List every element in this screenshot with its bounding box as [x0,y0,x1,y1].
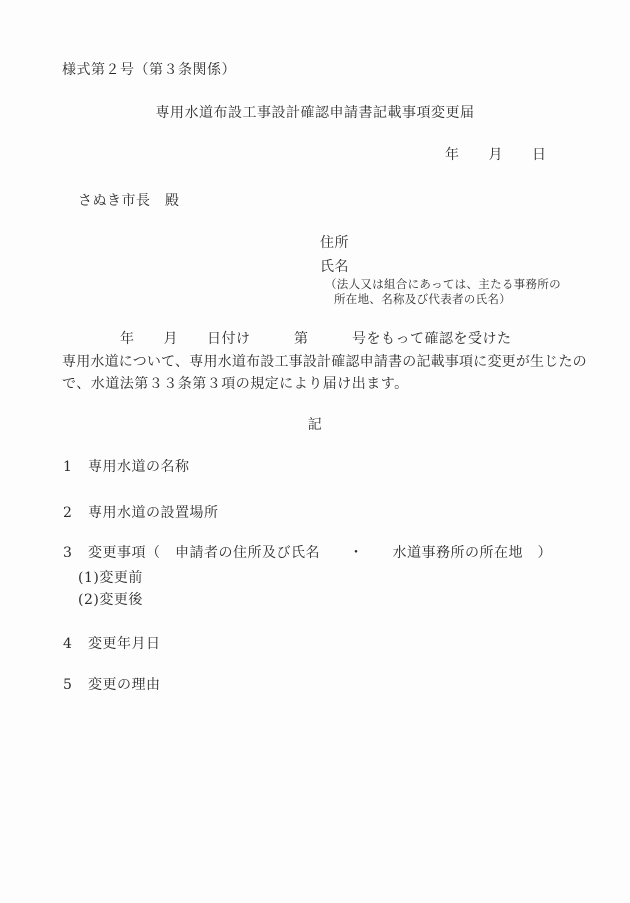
item-label: 専用水道の名称 [88,460,190,474]
item-label: 変更事項（ 申請者の住所及び氏名 ・ 水道事務所の所在地 ） [88,546,552,560]
record-heading: 記 [0,418,630,432]
list-item-change-reason: 5 変更の理由 [63,678,161,692]
form-number: 様式第２号（第３条関係） [62,63,236,77]
sub-item-after-change: (2)変更後 [78,593,143,607]
address-label: 住所 [320,236,349,250]
document-title: 専用水道布設工事設計確認申請書記載事項変更届 [0,106,630,120]
body-paragraph-line3: で、水道法第３３条第３項の規定により届け出ます。 [62,377,409,391]
item-label: 専用水道の設置場所 [88,506,219,520]
list-item-location: 2 専用水道の設置場所 [63,506,219,520]
body-paragraph-line2: 専用水道について、専用水道布設工事設計確認申請書の記載事項に変更が生じたの [62,355,587,369]
list-item-name: 1 専用水道の名称 [63,460,190,474]
item-number: 2 [63,506,88,520]
item-label: 変更年月日 [88,637,161,651]
item-number: 1 [63,460,88,474]
corporate-note-line2: 所在地、名称及び代表者の氏名） [334,294,511,306]
item-number: 3 [63,546,88,560]
list-item-changed-matters: 3 変更事項（ 申請者の住所及び氏名 ・ 水道事務所の所在地 ） [63,546,552,560]
date-blank-line: 年 月 日 [445,148,547,162]
addressee: さぬき市長 殿 [78,194,180,208]
name-label: 氏名 [320,260,349,274]
item-number: 4 [63,637,88,651]
body-paragraph-line1: 年 月 日付け 第 号をもって確認を受けた [62,332,512,346]
list-item-change-date: 4 変更年月日 [63,637,161,651]
item-label: 変更の理由 [88,678,161,692]
sub-item-before-change: (1)変更前 [78,571,143,585]
item-number: 5 [63,678,88,692]
document-page: 様式第２号（第３条関係） 専用水道布設工事設計確認申請書記載事項変更届 年 月 … [0,0,630,903]
corporate-note-line1: （法人又は組合にあっては、主たる事務所の [325,279,561,291]
